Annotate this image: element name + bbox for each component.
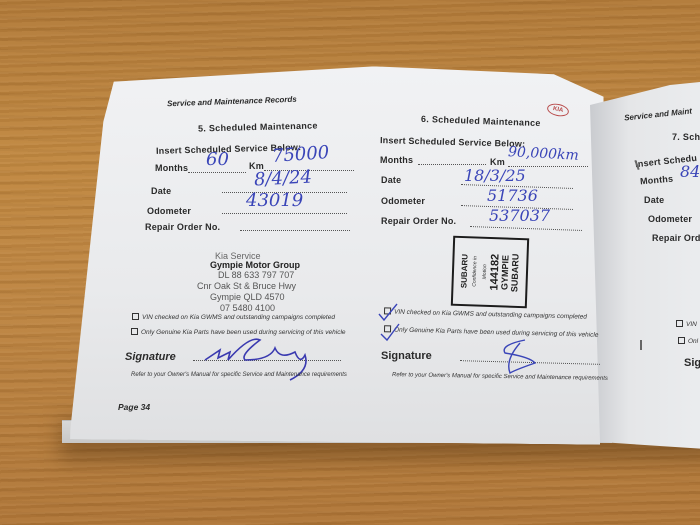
date-label: Date	[151, 186, 171, 196]
repair-order-label: Repair Order No.	[652, 233, 700, 243]
months-label: Months	[155, 163, 188, 173]
stamp-address: Cnr Oak St & Bruce Hwy	[197, 281, 296, 292]
dealer-stamp: SUBARU Confidence in Motion 144182 GYMPI…	[451, 236, 529, 309]
signature-scribble	[495, 335, 545, 375]
record-title: 7. Sch	[672, 132, 700, 142]
signature-label: Signature	[125, 351, 176, 363]
stamp-line: DL 88 633 797 707	[218, 270, 294, 281]
checkbox-icon[interactable]	[131, 328, 138, 335]
checkbox-icon[interactable]	[132, 313, 139, 320]
odometer-line	[222, 213, 347, 214]
date-label: Date	[644, 195, 664, 205]
repair-order-label: Repair Order No.	[381, 216, 456, 226]
checkbox-icon[interactable]	[676, 320, 683, 327]
genuine-parts-label: Onl	[688, 338, 698, 345]
km-value: 75000	[271, 142, 330, 167]
repair-order-line	[240, 230, 350, 231]
genuine-parts-item[interactable]: Onl	[678, 337, 698, 345]
checkmark-icon	[375, 302, 405, 342]
signature-label: Sig	[684, 357, 700, 369]
stamp-tagline: Confidence in Motion	[469, 252, 490, 291]
months-line	[418, 164, 486, 165]
date-value: 8/4/24	[253, 166, 312, 190]
stamp-city: Gympie QLD 4570	[210, 292, 285, 303]
vin-check-item[interactable]: VIN	[676, 320, 697, 328]
odometer-label: Odometer	[648, 214, 692, 224]
odometer-value: 43019	[246, 190, 303, 211]
months-label: Months	[380, 155, 413, 165]
page-number: Page 34	[118, 402, 150, 412]
footer-note: Refer to your Owner's Manual for specifi…	[131, 372, 347, 378]
repair-order-label: Repair Order No.	[145, 222, 220, 232]
checkbox-icon[interactable]	[678, 337, 685, 344]
vin-check-label: VIN checked on Kia GWMS and outstanding …	[142, 314, 335, 321]
staple	[640, 340, 642, 350]
months-value: 60	[206, 149, 229, 170]
months-value: 84	[680, 162, 700, 181]
stamp-line: SUBARU	[509, 253, 520, 292]
odometer-label: Odometer	[147, 206, 191, 216]
date-value: 18/3/25	[464, 166, 526, 185]
vin-check-label: VIN	[686, 321, 697, 328]
vin-check-item[interactable]: VIN checked on Kia GWMS and outstanding …	[132, 313, 335, 321]
months-line	[188, 172, 246, 173]
signature-label: Signature	[381, 350, 432, 362]
repair-order-value: 537037	[489, 206, 550, 225]
odometer-label: Odometer	[381, 196, 425, 206]
odometer-value: 51736	[487, 186, 538, 205]
date-label: Date	[381, 175, 401, 185]
